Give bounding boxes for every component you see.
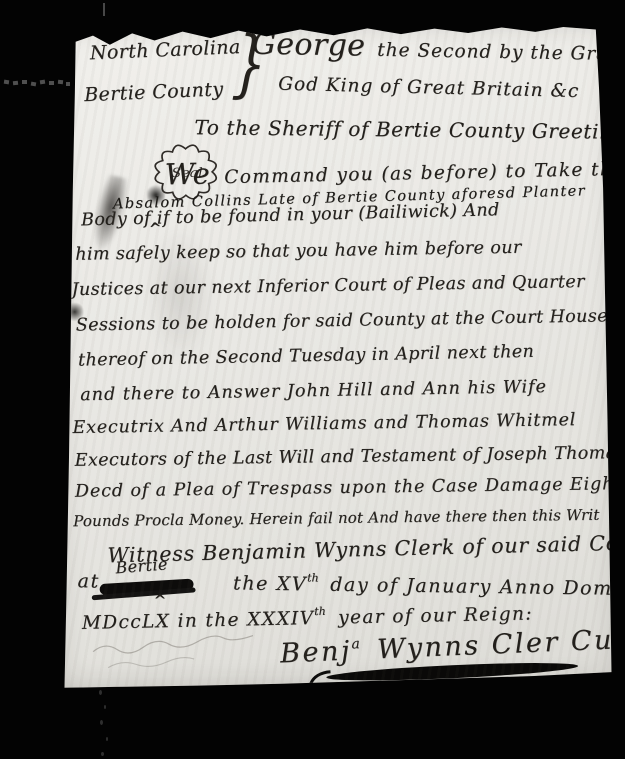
film-edge-mark — [13, 81, 18, 86]
we-word: We — [164, 156, 210, 191]
place-line-1: North Carolina — [90, 38, 241, 63]
date-ordinal-sup: th — [307, 571, 319, 584]
microfilm-scan-background: North Carolina Bertie County } George th… — [0, 0, 625, 759]
place-line-2: Bertie County — [84, 80, 224, 105]
strikeout-gap — [107, 588, 225, 590]
film-speck — [106, 737, 108, 741]
film-speck — [104, 705, 106, 709]
film-speck — [99, 690, 102, 695]
witness-line: Witness Benjamin Wynns Clerk of our said… — [107, 532, 625, 566]
at-word: at — [77, 570, 99, 592]
salutation-line: To the Sheriff of Bertie County Greeting — [194, 117, 625, 142]
film-edge-mark — [4, 80, 10, 85]
document-paper: North Carolina Bertie County } George th… — [54, 22, 619, 688]
body-line: Pounds Procla Money. Herein fail not And… — [73, 508, 600, 529]
year-ordinal-sup: th — [314, 605, 326, 618]
body-line: thereof on the Second Tuesday in April n… — [78, 344, 535, 370]
date-rest: day of January Anno Dom — [330, 574, 613, 600]
king-name: George — [252, 27, 366, 64]
body-line: and there to Answer John Hill and Ann hi… — [80, 379, 547, 405]
signature-rest: Wynns Cler Cur — [377, 624, 625, 666]
film-speck — [100, 720, 103, 725]
royal-style-rest: the Second by the Grace of — [377, 40, 625, 66]
body-line: Decd of a Plea of Trespass upon the Case… — [75, 476, 623, 501]
film-edge-mark — [31, 82, 37, 87]
body-line: Executors of the Last Will and Testament… — [75, 445, 625, 470]
date-day-roman: the XV — [233, 572, 307, 595]
film-edge-mark — [58, 80, 63, 85]
signature-superscript: a — [351, 636, 360, 652]
film-edge-mark — [66, 82, 70, 86]
body-line: Executrix And Arthur Williams and Thomas… — [72, 412, 576, 437]
film-edge-mark — [49, 81, 54, 85]
year-rest: year of our Reign: — [338, 603, 533, 628]
insertion-caret: ^ — [154, 593, 167, 608]
faint-scribble-marks — [88, 620, 348, 682]
film-edge-mark — [40, 80, 46, 85]
body-line: him safely keep so that you have him bef… — [75, 240, 522, 265]
film-edge-mark — [22, 80, 27, 84]
film-scratch-mark — [103, 3, 105, 16]
body-line: Sessions to be holden for said County at… — [76, 308, 608, 335]
royal-style-line-1: George the Second by the Grace of — [252, 30, 625, 67]
body-line: Justices at our next Inferior Court of P… — [71, 274, 585, 300]
royal-style-line-2: God King of Great Britain &c — [278, 76, 580, 102]
film-speck — [101, 752, 104, 756]
